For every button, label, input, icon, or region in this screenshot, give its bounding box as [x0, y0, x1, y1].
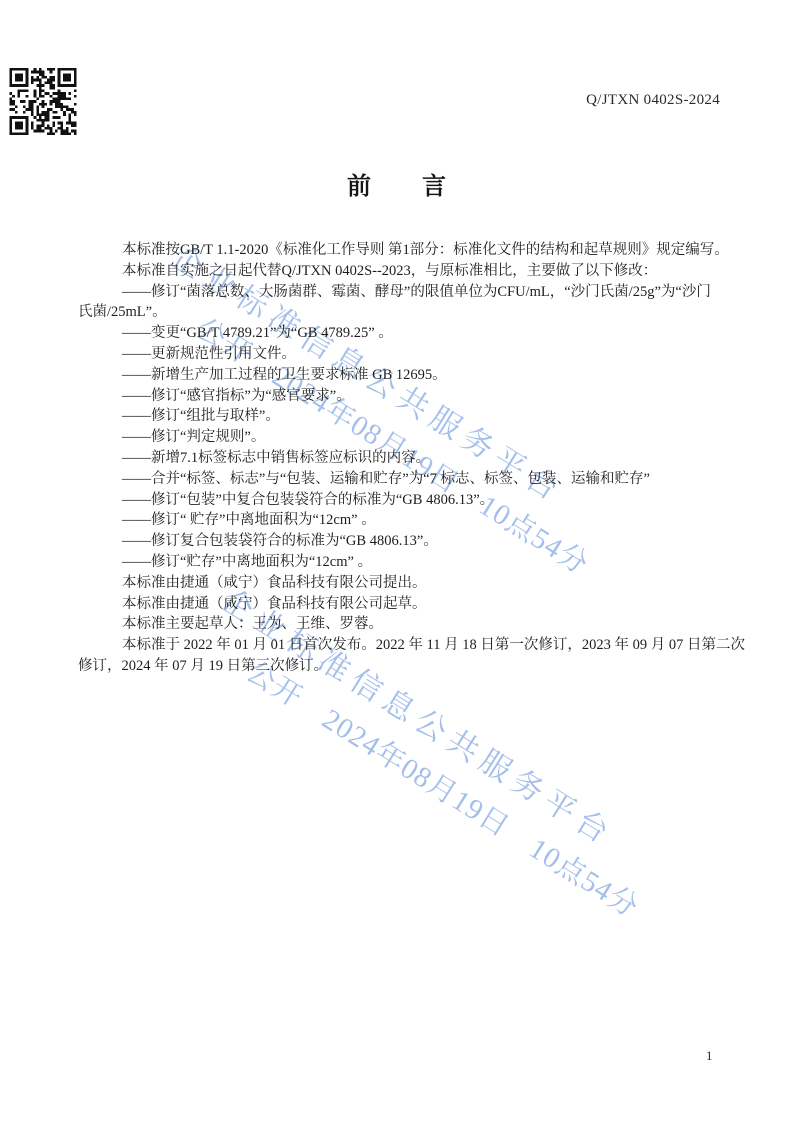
body-line: ——修订“判定规则”。 [78, 427, 738, 448]
qr-code-icon [8, 68, 78, 135]
body-line: 氏菌/25mL”。 [78, 302, 738, 323]
body-line: ——修订“感官指标”为“感官要求”。 [78, 386, 738, 407]
body-line: 本标准主要起草人：王为、王维、罗蓉。 [78, 614, 738, 635]
body-line: ——修订复合包装袋符合的标准为“GB 4806.13”。 [78, 531, 738, 552]
body-line: ——新增7.1标签标志中销售标签应标识的内容。 [78, 448, 738, 469]
body-line: ——修订“ 贮存”中离地面积为“12cm” 。 [78, 510, 738, 531]
body-line: 本标准按GB/T 1.1-2020《标准化工作导则 第1部分：标准化文件的结构和… [78, 240, 738, 261]
page-title: 前 言 [0, 166, 794, 201]
body-line: ——修订“菌落总数、大肠菌群、霉菌、酵母”的限值单位为CFU/mL，“沙门氏菌/… [78, 282, 738, 303]
foreword-body: 本标准按GB/T 1.1-2020《标准化工作导则 第1部分：标准化文件的结构和… [78, 240, 738, 677]
body-line: ——变更“GB/T 4789.21”为“GB 4789.25” 。 [78, 323, 738, 344]
body-line: ——新增生产加工过程的卫生要求标准 GB 12695。 [78, 365, 738, 386]
body-line: 本标准自实施之日起代替Q/JTXN 0402S--2023，与原标准相比，主要做… [78, 261, 738, 282]
body-line: 修订，2024 年 07 月 19 日第三次修订。 [78, 656, 738, 677]
body-line: 本标准由捷通（咸宁）食品科技有限公司起草。 [78, 594, 738, 615]
page-number: 1 [706, 1048, 713, 1064]
body-line: ——修订“贮存”中离地面积为“12cm” 。 [78, 552, 738, 573]
doc-number: Q/JTXN 0402S-2024 [586, 92, 720, 109]
body-line: 本标准由捷通（咸宁）食品科技有限公司提出。 [78, 573, 738, 594]
watermark-timestamp-text: 公开 2024年08月19日 10点54分 [239, 650, 647, 926]
body-line: ——合并“标签、标志”与“包装、运输和贮存”为“7 标志、标签、包装、运输和贮存… [78, 469, 738, 490]
body-line: ——修订“包装”中复合包装袋符合的标准为“GB 4806.13”。 [78, 490, 738, 511]
body-line: ——更新规范性引用文件。 [78, 344, 738, 365]
body-line: 本标准于 2022 年 01 月 01 日首次发布。2022 年 11 月 18… [78, 635, 738, 656]
document-page: Q/JTXN 0402S-2024 企业标准信息公共服务平台 公开 2024年0… [0, 0, 794, 1123]
body-line: ——修订“组批与取样”。 [78, 406, 738, 427]
